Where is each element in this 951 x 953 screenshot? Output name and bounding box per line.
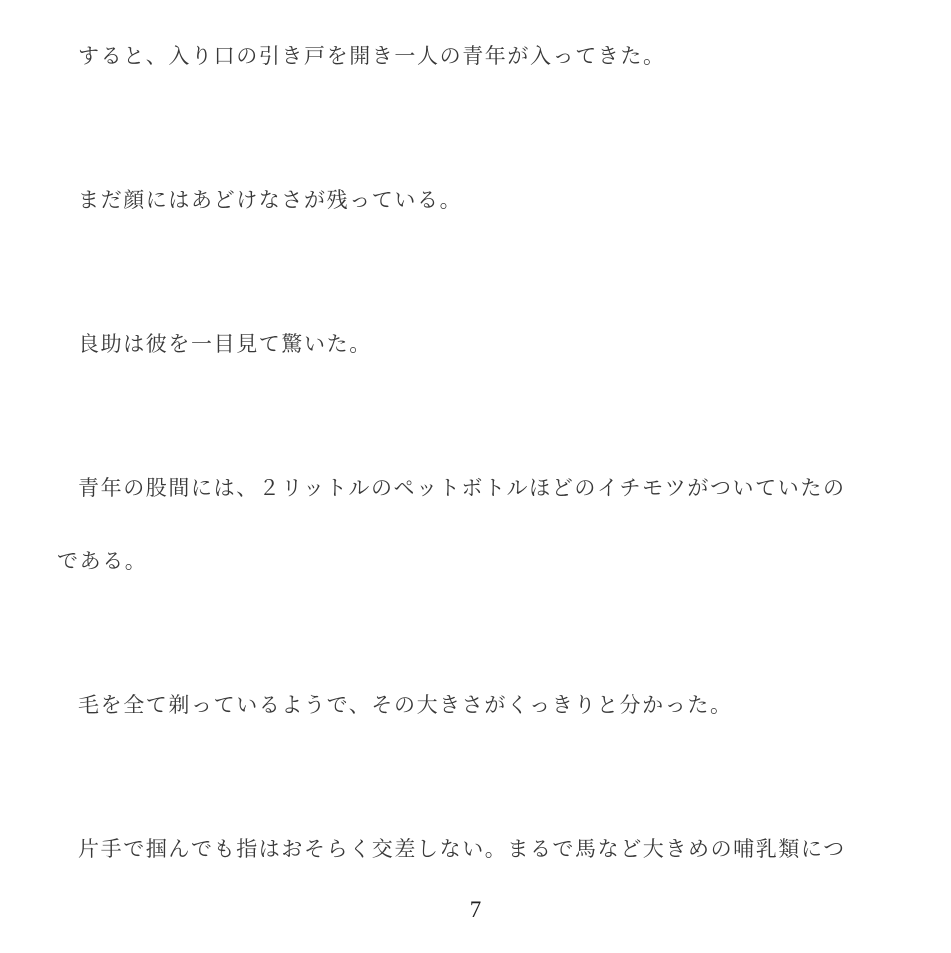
page-number: 7 [0,897,951,923]
text-body: すると、入り口の引き戸を開き一人の青年が入ってきた。 まだ顔にはあどけなさが残っ… [57,20,857,886]
document-page: すると、入り口の引き戸を開き一人の青年が入ってきた。 まだ顔にはあどけなさが残っ… [0,0,951,953]
paragraph: 良助は彼を一目見て驚いた。 [57,308,857,381]
paragraph: 片手で掴んでも指はおそらく交差しない。まるで馬など大きめの哺乳類につ [57,813,857,886]
paragraph: 青年の股間には、２リットルのペットボトルほどのイチモツがついていたのである。 [57,452,857,598]
paragraph: すると、入り口の引き戸を開き一人の青年が入ってきた。 [57,20,857,93]
paragraph: まだ顔にはあどけなさが残っている。 [57,164,857,237]
paragraph: 毛を全て剃っているようで、その大きさがくっきりと分かった。 [57,669,857,742]
